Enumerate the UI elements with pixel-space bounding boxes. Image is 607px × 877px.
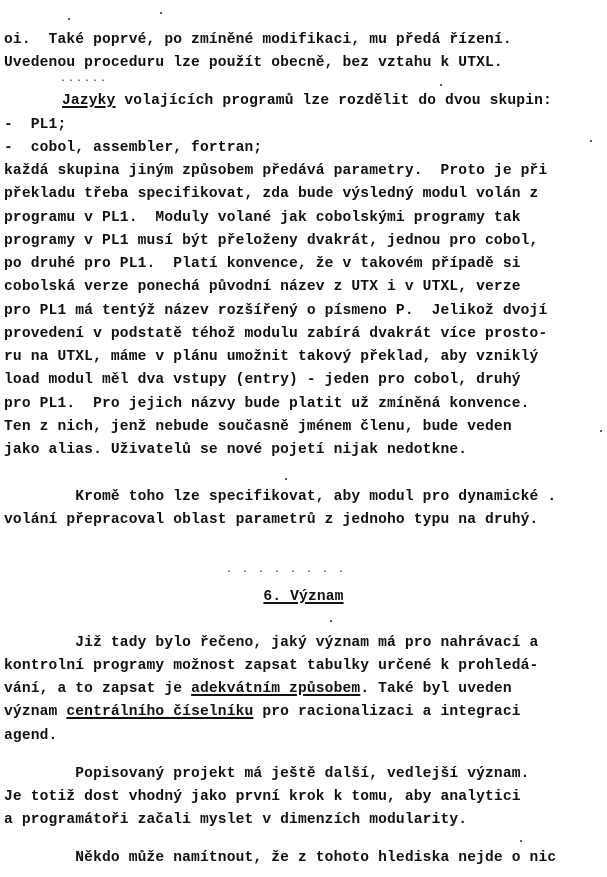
- scan-speck: [285, 478, 287, 480]
- text-span: . Také byl uveden: [360, 681, 511, 697]
- list-item-cobol: - cobol, assembler, fortran;: [4, 139, 262, 157]
- scanned-document-page: oi. Také poprvé, po zmíněné modifikaci, …: [0, 0, 607, 877]
- separator-dots: . . . . . . . .: [226, 565, 346, 576]
- separator-dots: ......: [60, 74, 108, 85]
- scan-speck: [590, 140, 592, 142]
- text-line: pro PL1. Pro jejich názvy bude platit už…: [4, 395, 530, 413]
- underlined-term: Jazyky: [62, 93, 115, 109]
- text-line: Ten z nich, jenž nebude současně jménem …: [4, 418, 512, 436]
- text-line: význam centrálního číselníku pro raciona…: [4, 703, 521, 721]
- scan-speck: [160, 12, 162, 14]
- scan-speck: [330, 620, 332, 622]
- section-heading: 6. Význam: [0, 588, 607, 606]
- text-line: cobolská verze ponechá původní název z U…: [4, 278, 521, 296]
- text-line: Uvedenou proceduru lze použít obecně, be…: [4, 54, 503, 72]
- text-line: Popisovaný projekt má ještě další, vedle…: [4, 765, 530, 783]
- text-span: volajících programů lze rozdělit do dvou…: [115, 93, 551, 109]
- scan-speck: [520, 840, 522, 842]
- section-heading-text: 6. Význam: [263, 589, 343, 605]
- scan-speck: [440, 84, 442, 86]
- text-line: pro PL1 má tentýž název rozšířený o písm…: [4, 302, 547, 320]
- underlined-phrase: adekvátním způsobem: [191, 681, 360, 697]
- text-line: programy v PL1 musí být přeloženy dvakrá…: [4, 232, 538, 250]
- text-line: volání přepracoval oblast parametrů z je…: [4, 511, 538, 529]
- text-line: programu v PL1. Moduly volané jak cobols…: [4, 209, 521, 227]
- text-line: po druhé pro PL1. Platí konvence, že v t…: [4, 255, 521, 273]
- text-span: vání, a to zapsat je: [4, 681, 191, 697]
- text-span: význam: [4, 704, 66, 720]
- text-line: Kromě toho lze specifikovat, aby modul p…: [4, 488, 556, 506]
- text-line: jako alias. Uživatelů se nové pojetí nij…: [4, 441, 467, 459]
- text-line: překladu třeba specifikovat, zda bude vý…: [4, 185, 538, 203]
- text-line: kontrolní programy možnost zapsat tabulk…: [4, 657, 538, 675]
- text-line: Je totiž dost vhodný jako první krok k t…: [4, 788, 521, 806]
- text-line: ru na UTXL, máme v plánu umožnit takový …: [4, 348, 538, 366]
- text-line: oi. Také poprvé, po zmíněné modifikaci, …: [4, 31, 512, 49]
- text-line: agend.: [4, 727, 57, 745]
- text-line: load modul měl dva vstupy (entry) - jede…: [4, 371, 521, 389]
- scan-speck: [68, 18, 70, 20]
- text-line: provedení v podstatě téhož modulu zabírá…: [4, 325, 547, 343]
- text-line: vání, a to zapsat je adekvátním způsobem…: [4, 680, 512, 698]
- text-line: Někdo může namítnout, že z tohoto hledis…: [4, 849, 556, 867]
- text-line: a programátoři začali myslet v dimenzích…: [4, 811, 467, 829]
- text-span: pro racionalizaci a integraci: [253, 704, 520, 720]
- text-line: Již tady bylo řečeno, jaký význam má pro…: [4, 634, 538, 652]
- text-line: každá skupina jiným způsobem předává par…: [4, 162, 547, 180]
- text-line-jazyky: Jazyky volajících programů lze rozdělit …: [62, 92, 552, 110]
- underlined-phrase: centrálního číselníku: [66, 704, 253, 720]
- scan-speck: [600, 430, 602, 432]
- list-item-pl1: - PL1;: [4, 116, 66, 134]
